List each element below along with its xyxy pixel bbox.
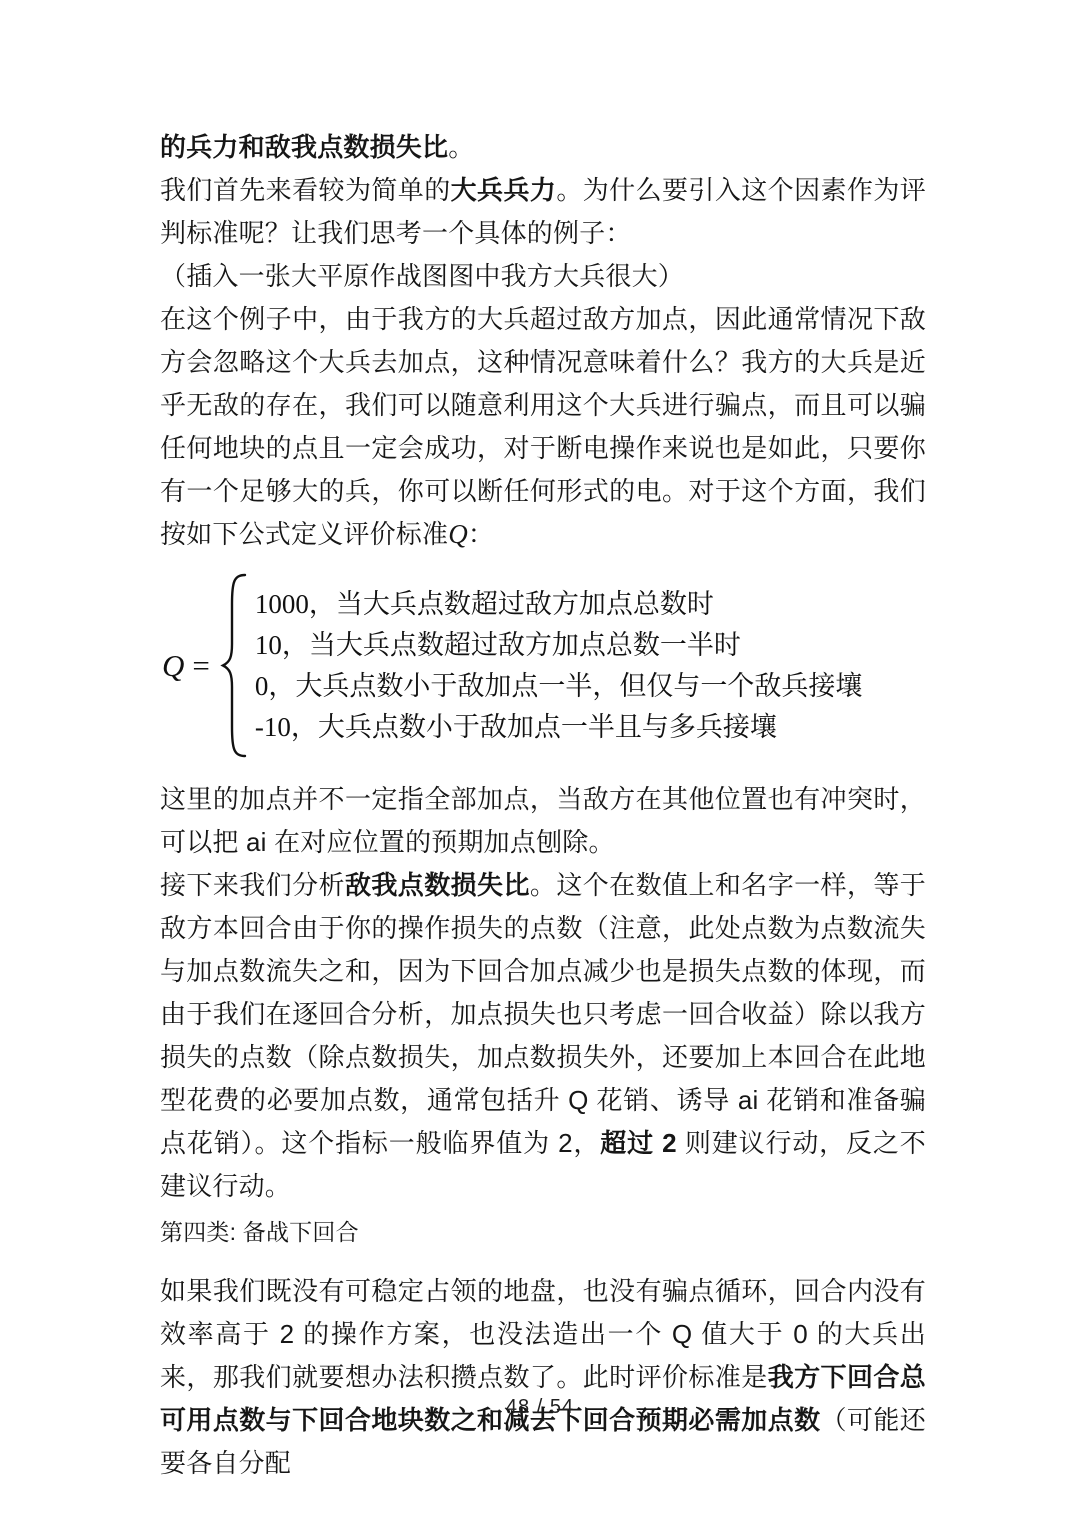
formula-case-4: -10，大兵点数小于敌加点一半且与多兵接壤 xyxy=(255,707,863,748)
formula-case-3: 0，大兵点数小于敌加点一半，但仅与一个敌兵接壤 xyxy=(255,666,863,707)
paragraph-image-placeholder: （插入一张大平原作战图图中我方大兵很大） xyxy=(160,255,926,298)
page-number: 48 / 54 xyxy=(0,1396,1080,1419)
section-label-category-4: 第四类: 备战下回合 xyxy=(160,1211,926,1254)
paragraph: 这里的加点并不一定指全部加点，当敌方在其他位置也有冲突时，可以把 ai 在对应位… xyxy=(160,778,926,864)
formula-cases: 1000，当大兵点数超过敌方加点总数时 10，当大兵点数超过敌方加点总数一半时 … xyxy=(255,584,863,748)
formula-q-definition: Q= 1000，当大兵点数超过敌方加点总数时 10，当大兵点数超过敌方加点总数一… xyxy=(162,572,926,760)
paragraph: 如果我们既没有可稳定占领的地盘，也没有骗点循环，回合内没有效率高于 2 的操作方… xyxy=(160,1270,926,1485)
text-run: （插入一张大平原作战图图中我方大兵很大） xyxy=(160,261,684,291)
left-curly-brace xyxy=(220,572,247,760)
equals-sign: = xyxy=(192,648,209,683)
bold-run: 大兵兵力 xyxy=(451,175,557,205)
formula-case-1: 1000，当大兵点数超过敌方加点总数时 xyxy=(255,584,863,625)
bold-run: 超过 2 xyxy=(600,1128,676,1158)
text-run: 在这个例子中，由于我方的大兵超过敌方加点，因此通常情况下敌方会忽略这个大兵去加点… xyxy=(160,304,926,549)
bold-run: 敌我点数损失比 xyxy=(345,870,530,900)
paragraph-continuation: 的兵力和敌我点数损失比。 xyxy=(160,126,926,169)
text-run: ： xyxy=(468,519,494,549)
text-run: 接下来我们分析 xyxy=(160,870,345,900)
text-run: 第四类: 备战下回合 xyxy=(160,1219,359,1245)
document-page: 的兵力和敌我点数损失比。 我们首先来看较为简单的大兵兵力。为什么要引入这个因素作… xyxy=(0,0,1080,1527)
text-run: 这里的加点并不一定指全部加点，当敌方在其他位置也有冲突时，可以把 ai 在对应位… xyxy=(160,784,926,857)
body-text: 的兵力和敌我点数损失比。 我们首先来看较为简单的大兵兵力。为什么要引入这个因素作… xyxy=(160,126,926,1485)
formula-lhs: Q= xyxy=(162,648,210,684)
formula-case-2: 10，当大兵点数超过敌方加点总数一半时 xyxy=(255,625,863,666)
paragraph: 我们首先来看较为简单的大兵兵力。为什么要引入这个因素作为评判标准呢？让我们思考一… xyxy=(160,169,926,255)
bold-run: 的兵力和敌我点数损失比 xyxy=(160,132,448,162)
math-variable-q: Q xyxy=(162,648,184,683)
paragraph: 在这个例子中，由于我方的大兵超过敌方加点，因此通常情况下敌方会忽略这个大兵去加点… xyxy=(160,298,926,556)
text-run: 。这个在数值上和名字一样，等于敌方本回合由于你的操作损失的点数（注意，此处点数为… xyxy=(160,870,926,1158)
text-run: 。 xyxy=(448,132,474,162)
text-run: 我们首先来看较为简单的 xyxy=(160,175,451,205)
paragraph: 接下来我们分析敌我点数损失比。这个在数值上和名字一样，等于敌方本回合由于你的操作… xyxy=(160,864,926,1208)
math-variable-q: Q xyxy=(448,519,468,549)
